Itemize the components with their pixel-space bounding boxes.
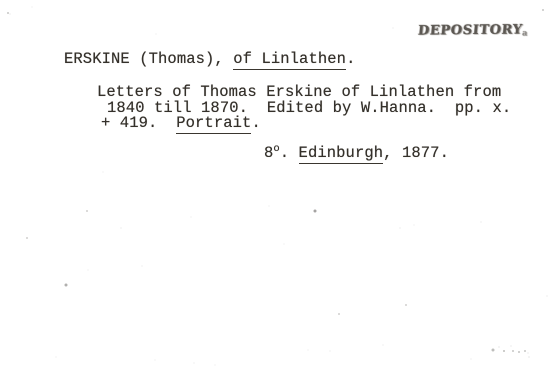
title-line-1: Letters of Thomas Erskine of Linlathen f… xyxy=(97,84,501,100)
stamp-ink-smudge: a xyxy=(522,27,528,37)
title-line-3: + 419. Portrait. xyxy=(101,115,261,131)
scan-noise-specks xyxy=(0,0,2,2)
catalog-card: DEPOSITORYa ERSKINE (Thomas), of Linlath… xyxy=(0,0,550,374)
author-heading: ERSKINE (Thomas), of Linlathen. xyxy=(64,51,355,67)
imprint-line: 8o. Edinburgh, 1877. xyxy=(264,141,449,161)
depository-stamp-text: DEPOSITORY xyxy=(417,22,523,38)
depository-stamp: DEPOSITORYa xyxy=(417,22,528,38)
